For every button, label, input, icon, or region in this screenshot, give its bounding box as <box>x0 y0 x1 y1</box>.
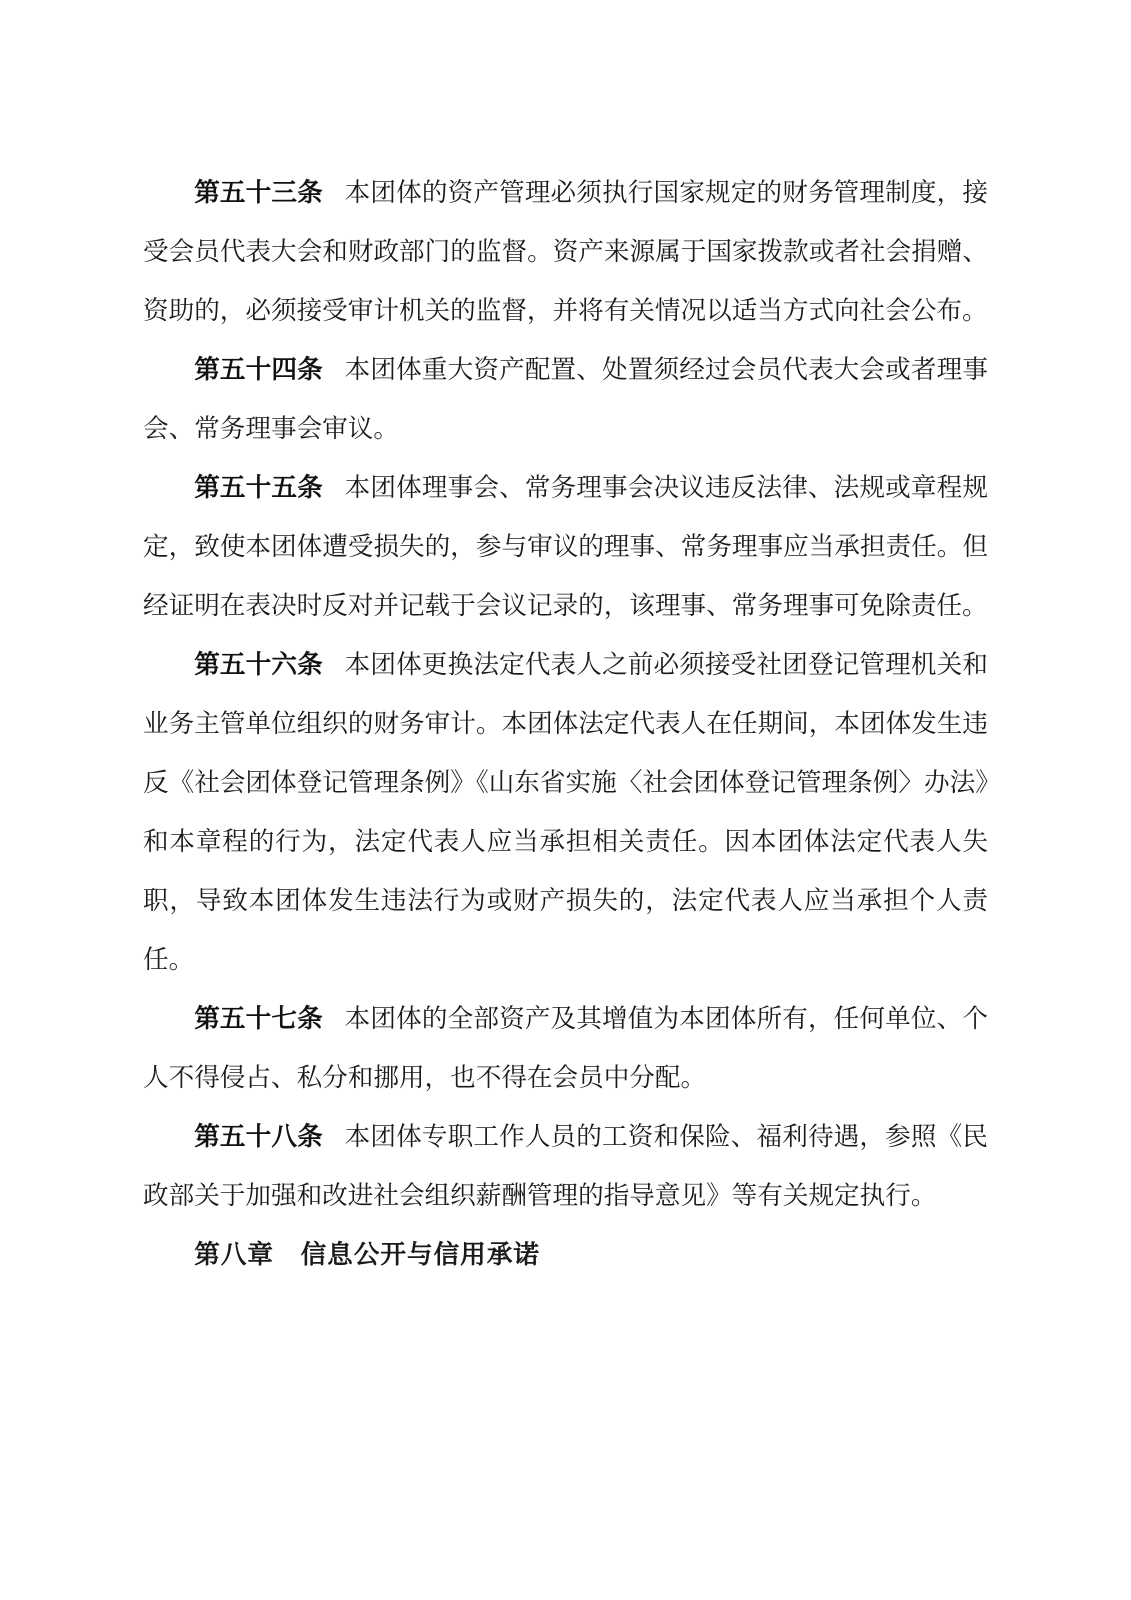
document-text-block: 第五十三条本团体的资产管理必须执行国家规定的财务管理制度，接受会员代表大会和财政… <box>143 163 988 1284</box>
article-number: 第五十六条 <box>194 650 323 679</box>
article-number: 第五十七条 <box>194 1004 323 1033</box>
article-paragraph-58: 第五十八条本团体专职工作人员的工资和保险、福利待遇，参照《民政部关于加强和改进社… <box>143 1107 988 1225</box>
article-number: 第五十三条 <box>194 178 323 207</box>
article-paragraph-56: 第五十六条本团体更换法定代表人之前必须接受社团登记管理机关和业务主管单位组织的财… <box>143 635 988 989</box>
chapter-heading: 第八章 信息公开与信用承诺 <box>143 1225 988 1284</box>
article-paragraph-54: 第五十四条本团体重大资产配置、处置须经过会员代表大会或者理事会、常务理事会审议。 <box>143 340 988 458</box>
article-paragraph-53: 第五十三条本团体的资产管理必须执行国家规定的财务管理制度，接受会员代表大会和财政… <box>143 163 988 340</box>
article-number: 第五十四条 <box>194 355 323 384</box>
article-number: 第五十五条 <box>194 473 323 502</box>
article-number: 第五十八条 <box>194 1122 323 1151</box>
document-page: 第五十三条本团体的资产管理必须执行国家规定的财务管理制度，接受会员代表大会和财政… <box>0 0 1131 1600</box>
article-paragraph-57: 第五十七条本团体的全部资产及其增值为本团体所有，任何单位、个人不得侵占、私分和挪… <box>143 989 988 1107</box>
article-text: 本团体更换法定代表人之前必须接受社团登记管理机关和业务主管单位组织的财务审计。本… <box>143 650 988 974</box>
article-paragraph-55: 第五十五条本团体理事会、常务理事会决议违反法律、法规或章程规定，致使本团体遭受损… <box>143 458 988 635</box>
